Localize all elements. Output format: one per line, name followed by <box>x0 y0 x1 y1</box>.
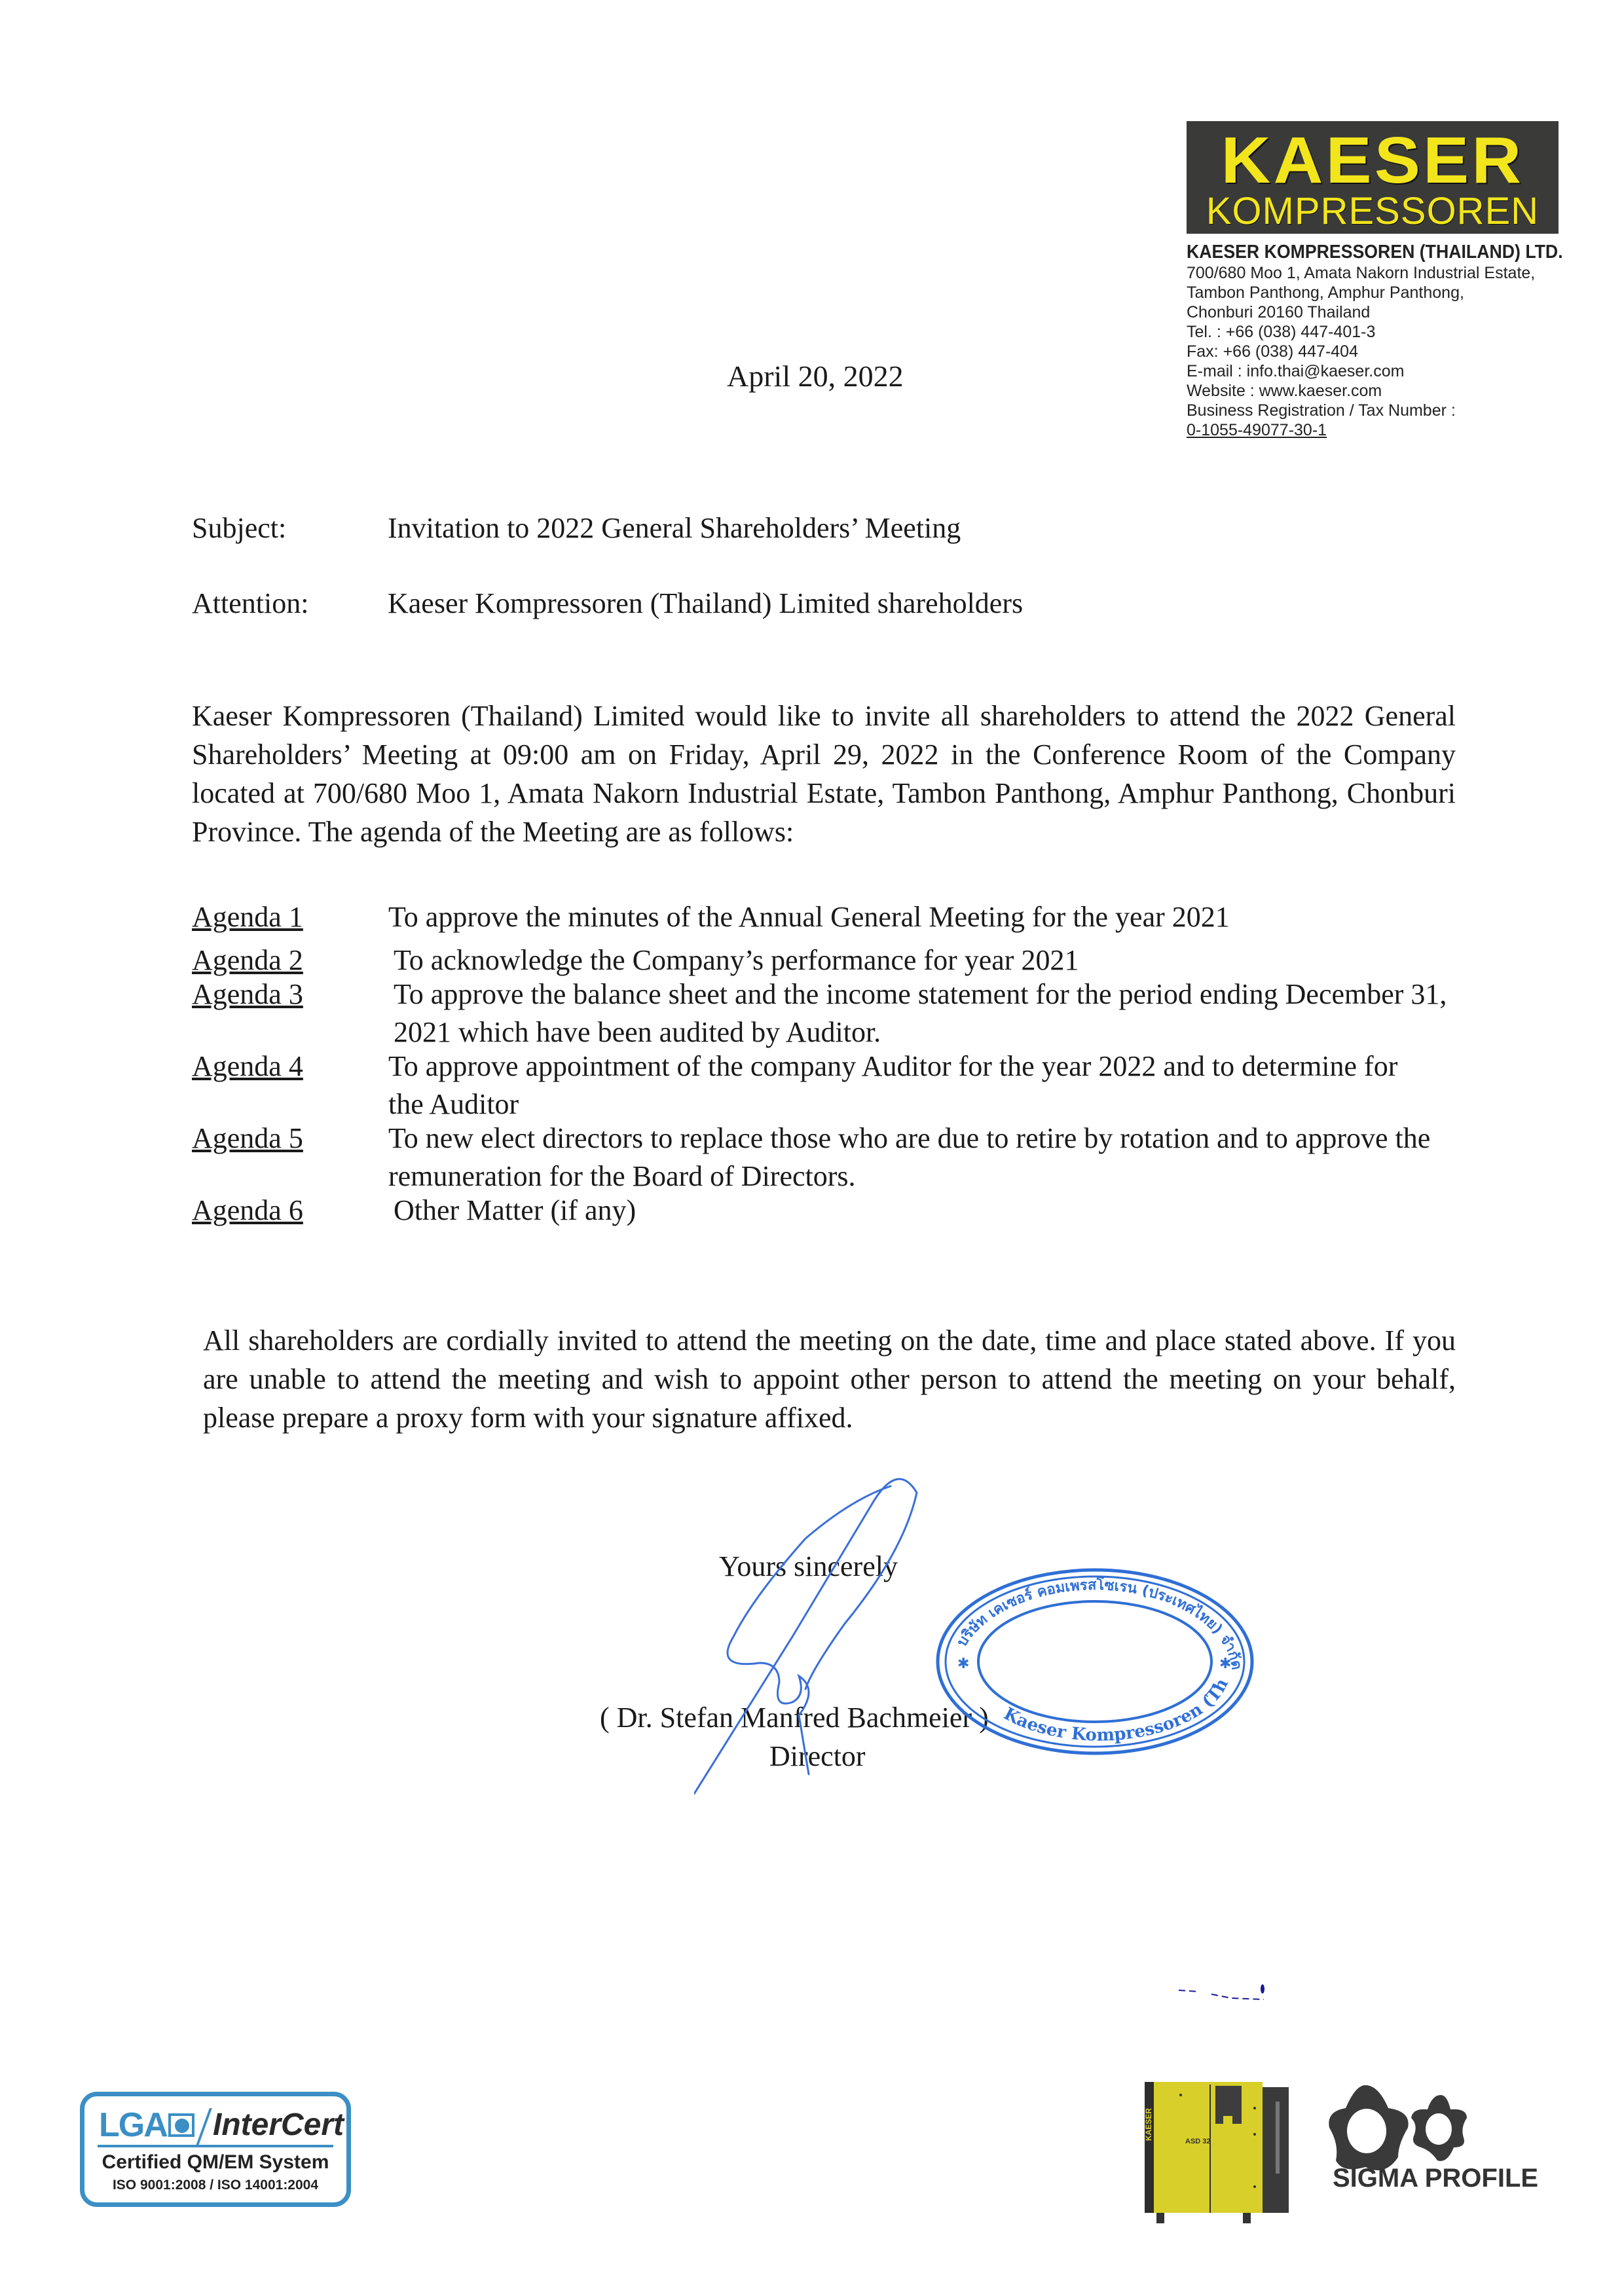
agenda-item: Agenda 1 To approve the minutes of the A… <box>192 898 1456 936</box>
agenda-label: Agenda 1 <box>192 898 303 936</box>
agenda-item: Agenda 2 To acknowledge the Company’s pe… <box>192 941 1456 979</box>
certification-text: Certified QM/EM System <box>84 2151 346 2174</box>
agenda-label: Agenda 3 <box>192 975 303 1013</box>
subject-label: Subject: <box>192 511 286 545</box>
company-stamp: บริษัท เคเซอร์ คอมเพรสโซเรน (ประเทศไทย) … <box>931 1563 1259 1760</box>
compressor-model-label: ASD 32 <box>1185 2138 1211 2145</box>
phone-line: Tel. : +66 (038) 447-401-3 <box>1187 322 1579 342</box>
agenda-label: Agenda 4 <box>192 1048 303 1085</box>
intro-paragraph: Kaeser Kompressoren (Thailand) Limited w… <box>192 697 1456 851</box>
agenda-text: To new elect directors to replace those … <box>388 1120 1462 1195</box>
kaeser-logo: KAESER KOMPRESSOREN <box>1187 121 1559 234</box>
address-line: Chonburi 20160 Thailand <box>1187 302 1579 322</box>
agenda-text: Other Matter (if any) <box>394 1192 1456 1230</box>
lga-logo-text: LGA <box>99 2107 167 2143</box>
stamp-star-icon: ✱ <box>1219 1655 1231 1671</box>
iso-standards-text: ISO 9001:2008 / ISO 14001:2004 <box>84 2178 346 2193</box>
handwritten-signature <box>694 1473 969 1813</box>
agenda-item: Agenda 4 To approve appointment of the c… <box>192 1048 1456 1123</box>
website-line: Website : www.kaeser.com <box>1187 381 1579 401</box>
lga-slash-icon <box>195 2108 212 2147</box>
compressor-image: ASD 32 KAESER <box>1138 2056 1302 2226</box>
scan-artifact <box>1172 1971 1270 2003</box>
intercert-text: InterCert <box>213 2107 344 2143</box>
lga-mark-icon <box>168 2113 194 2137</box>
letter-date: April 20, 2022 <box>727 359 904 393</box>
lga-rule <box>98 2145 333 2147</box>
logo-kaeser-text: KAESER <box>1177 128 1568 193</box>
fax-line: Fax: +66 (038) 447-404 <box>1187 342 1579 361</box>
tax-number: 0-1055-49077-30-1 <box>1187 420 1579 440</box>
tax-label: Business Registration / Tax Number : <box>1187 401 1579 420</box>
agenda-label: Agenda 5 <box>192 1120 303 1157</box>
email-line: E-mail : info.thai@kaeser.com <box>1187 361 1579 381</box>
lga-intercert-badge: LGA InterCert Certified QM/EM System ISO… <box>80 2092 351 2207</box>
attention-label: Attention: <box>192 587 308 620</box>
agenda-label: Agenda 6 <box>192 1192 303 1230</box>
logo-kompressoren-text: KOMPRESSOREN <box>1187 192 1559 231</box>
closing-paragraph: All shareholders are cordially invited t… <box>203 1321 1456 1437</box>
agenda-text: To approve the minutes of the Annual Gen… <box>388 898 1456 936</box>
agenda-text: To acknowledge the Company’s performance… <box>394 941 1456 979</box>
agenda-text: To approve appointment of the company Au… <box>388 1048 1436 1123</box>
subject-value: Invitation to 2022 General Shareholders’… <box>388 511 961 545</box>
agenda-item: Agenda 5 To new elect directors to repla… <box>192 1120 1456 1195</box>
address-line: Tambon Panthong, Amphur Panthong, <box>1187 283 1579 302</box>
company-address-block: KAESER KOMPRESSOREN (THAILAND) LTD. 700/… <box>1187 241 1579 440</box>
agenda-list: Agenda 1 To approve the minutes of the A… <box>192 898 1456 1230</box>
agenda-text: To approve the balance sheet and the inc… <box>394 975 1461 1051</box>
attention-value: Kaeser Kompressoren (Thailand) Limited s… <box>388 587 1023 620</box>
agenda-label: Agenda 2 <box>192 941 303 979</box>
agenda-item: Agenda 6 Other Matter (if any) <box>192 1192 1456 1230</box>
company-name: KAESER KOMPRESSOREN (THAILAND) LTD. <box>1187 241 1548 263</box>
address-line: 700/680 Moo 1, Amata Nakorn Industrial E… <box>1187 263 1579 283</box>
sigma-profile-label: SIGMA PROFILE <box>1333 2164 1538 2193</box>
compressor-brand-label: KAESER <box>1144 2108 1153 2141</box>
agenda-item: Agenda 3 To approve the balance sheet an… <box>192 975 1456 1051</box>
